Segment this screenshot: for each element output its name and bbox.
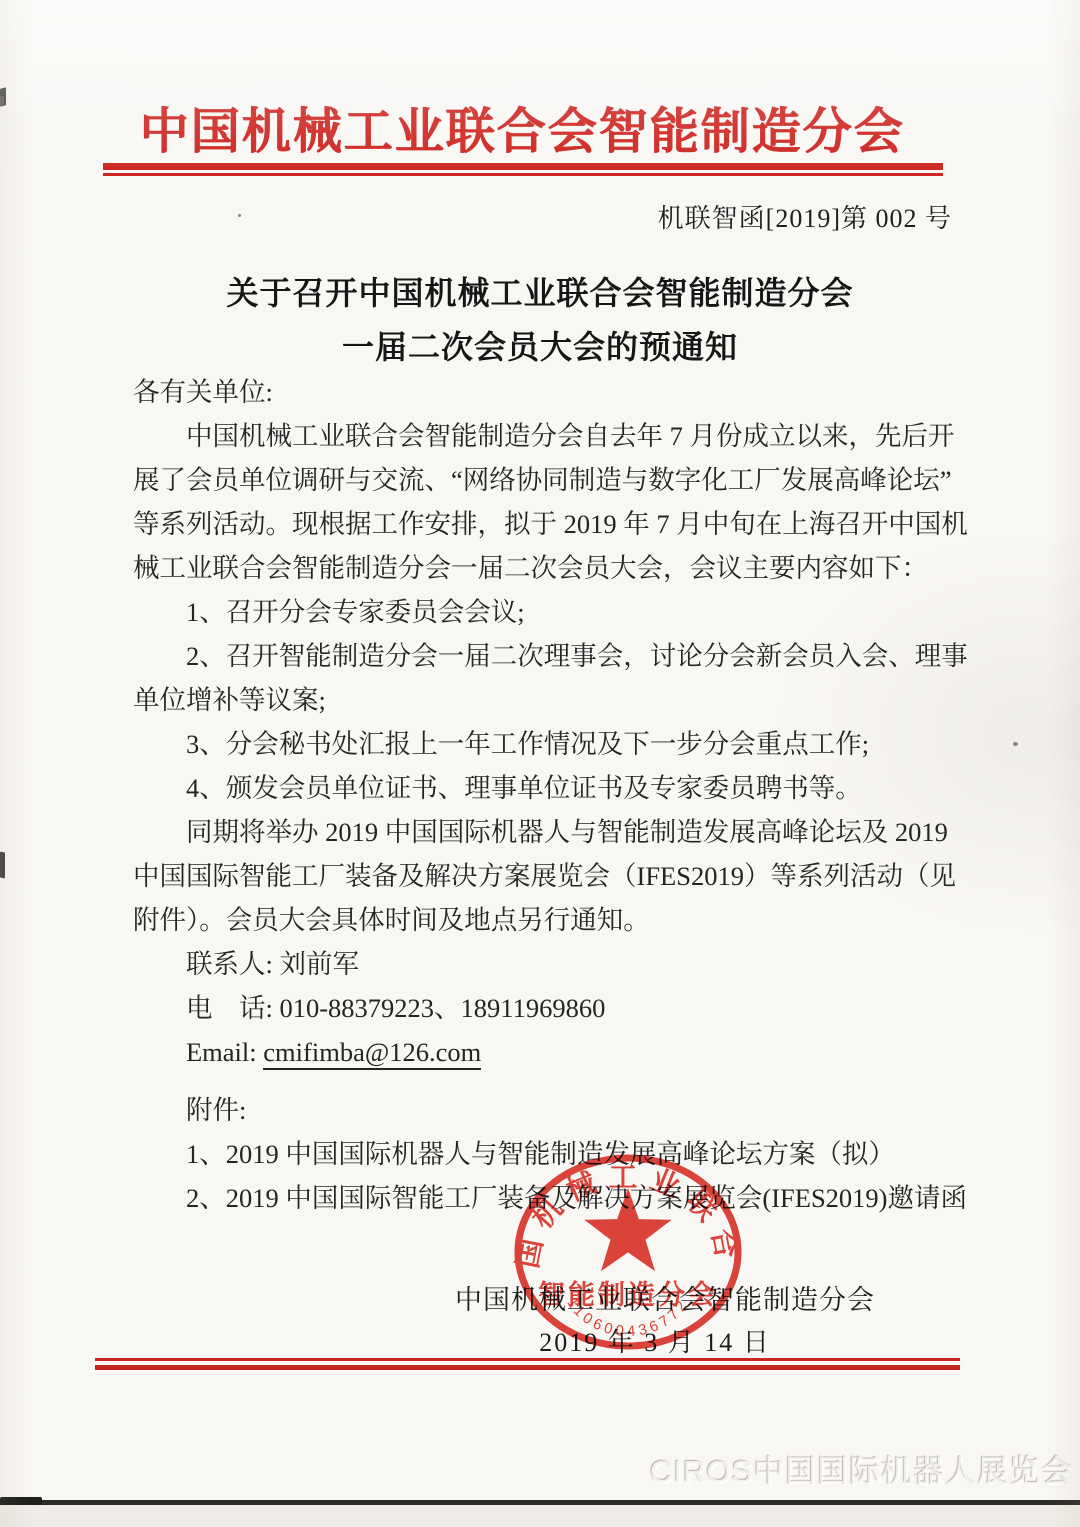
- list-item-4: 4、颁发会员单位证书、理事单位证书及专家委员聘书等。: [133, 766, 958, 810]
- scan-speck: [238, 214, 241, 217]
- watermark-text: CIROS中国国际机器人展览会: [650, 1446, 1073, 1491]
- scan-speck: [1013, 742, 1018, 746]
- body-line: 附件）。会员大会具体时间及地点另行通知。: [133, 898, 958, 942]
- contact-person: 联系人: 刘前军: [133, 942, 958, 986]
- list-item-3: 3、分会秘书处汇报上一年工作情况及下一步分会重点工作;: [133, 722, 958, 766]
- salutation: 各有关单位:: [133, 370, 958, 414]
- letterhead-divider: [103, 163, 943, 176]
- email-label: Email:: [186, 1037, 263, 1067]
- letterhead-org-title: 中国机械工业联合会智能制造分会: [0, 93, 1044, 163]
- body-line: 展了会员单位调研与交流、“网络协同制造与数字化工厂发展高峰论坛”: [133, 458, 958, 502]
- attachments-heading: 附件:: [186, 1088, 1000, 1132]
- list-item-2: 2、召开智能制造分会一届二次理事会，讨论分会新会员入会、理事: [133, 634, 958, 678]
- footer-divider-thick: [95, 1365, 960, 1371]
- list-item-1: 1、召开分会专家委员会会议;: [133, 590, 958, 634]
- contact-email-line: Email: cmifimba@126.com: [133, 1030, 958, 1074]
- email-address: cmifimba@126.com: [263, 1037, 481, 1070]
- doc-title-line2: 一届二次会员大会的预通知: [0, 322, 1080, 368]
- contact-phone: 电 话: 010-88379223、18911969860: [133, 986, 958, 1030]
- official-seal: 中国机械工业联合会 智能制造分会 110600436772: [508, 1148, 748, 1356]
- seal-star-icon: [584, 1188, 671, 1271]
- body-line: 同期将举办 2019 中国国际机器人与智能制造发展高峰论坛及 2019: [133, 810, 958, 854]
- list-item-2-cont: 单位增补等议案;: [133, 678, 958, 722]
- scan-background: [0, 1505, 1080, 1527]
- footer-divider: [95, 1358, 960, 1370]
- document-page: 中国机械工业联合会智能制造分会 机联智函[2019]第 002 号 关于召开中国…: [0, 0, 1080, 1527]
- letterhead-divider-thin: [103, 173, 943, 176]
- letterhead-divider-thick: [103, 163, 943, 170]
- scan-artifact: [0, 96, 4, 106]
- doc-body: 各有关单位: 中国机械工业联合会智能制造分会自去年 7 月份成立以来，先后开 展…: [133, 370, 958, 1074]
- scan-artifact: [0, 852, 5, 879]
- doc-number: 机联智函[2019]第 002 号: [658, 198, 952, 235]
- doc-title-line1: 关于召开中国机械工业联合会智能制造分会: [0, 268, 1080, 314]
- body-line: 械工业联合会智能制造分会一届二次会员大会，会议主要内容如下：: [133, 546, 958, 590]
- body-line: 中国国际智能工厂装备及解决方案展览会（IFES2019）等系列活动（见: [133, 854, 958, 898]
- watermark: CIROS中国国际机器人展览会: [640, 1438, 1060, 1498]
- body-line: 等系列活动。现根据工作安排，拟于 2019 年 7 月中旬在上海召开中国机: [133, 502, 958, 546]
- body-line: 中国机械工业联合会智能制造分会自去年 7 月份成立以来，先后开: [133, 414, 958, 458]
